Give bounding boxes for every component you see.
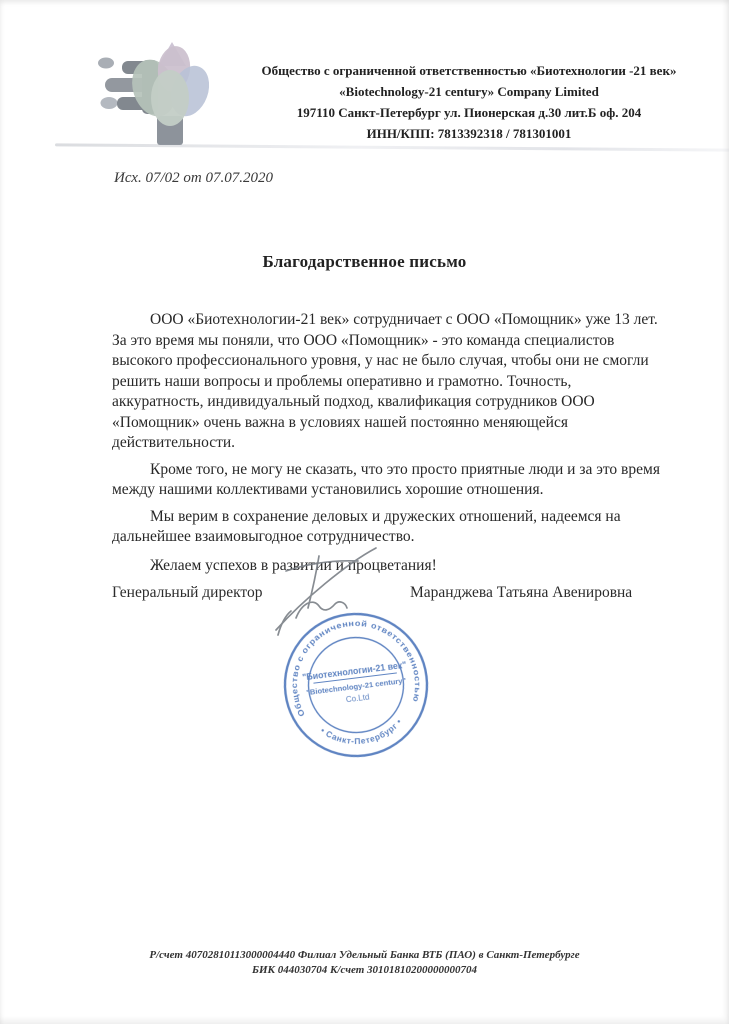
letter-page: Общество с ограниченной ответственностью…: [0, 0, 729, 1024]
handwritten-signature-icon: [268, 538, 408, 643]
letter-title: Благодарственное письмо: [0, 252, 729, 272]
bank-details: Р/счет 40702810113000004440 Филиал Удель…: [0, 948, 729, 978]
company-logo-icon: [86, 36, 221, 146]
paragraph: ООО «Биотехнологии-21 век» сотрудничает …: [112, 310, 665, 454]
reference-line: Исх. 07/02 от 07.07.2020: [114, 170, 273, 187]
company-name-ru: Общество с ограниченной ответственностью…: [243, 60, 695, 81]
signer-name: Маранджева Татьяна Авенировна: [410, 584, 632, 602]
stamp-center-coltd: Co.Ltd: [345, 692, 369, 704]
bank-line-2: БИК 044030704 К/счет 3010181020000000070…: [0, 963, 729, 978]
paragraph: Кроме того, не могу не сказать, что это …: [112, 460, 665, 501]
company-name-en: «Biotechnology-21 century» Company Limit…: [243, 81, 695, 102]
scan-artifact-line: [55, 143, 729, 151]
company-address: 197110 Санкт-Петербург ул. Пионерская д.…: [243, 102, 695, 123]
company-tax-ids: ИНН/КПП: 7813392318 / 781301001: [243, 123, 695, 144]
letterhead-text: Общество с ограниченной ответственностью…: [243, 60, 695, 144]
bank-line-1: Р/счет 40702810113000004440 Филиал Удель…: [0, 948, 729, 963]
signer-position: Генеральный директор: [112, 584, 263, 602]
